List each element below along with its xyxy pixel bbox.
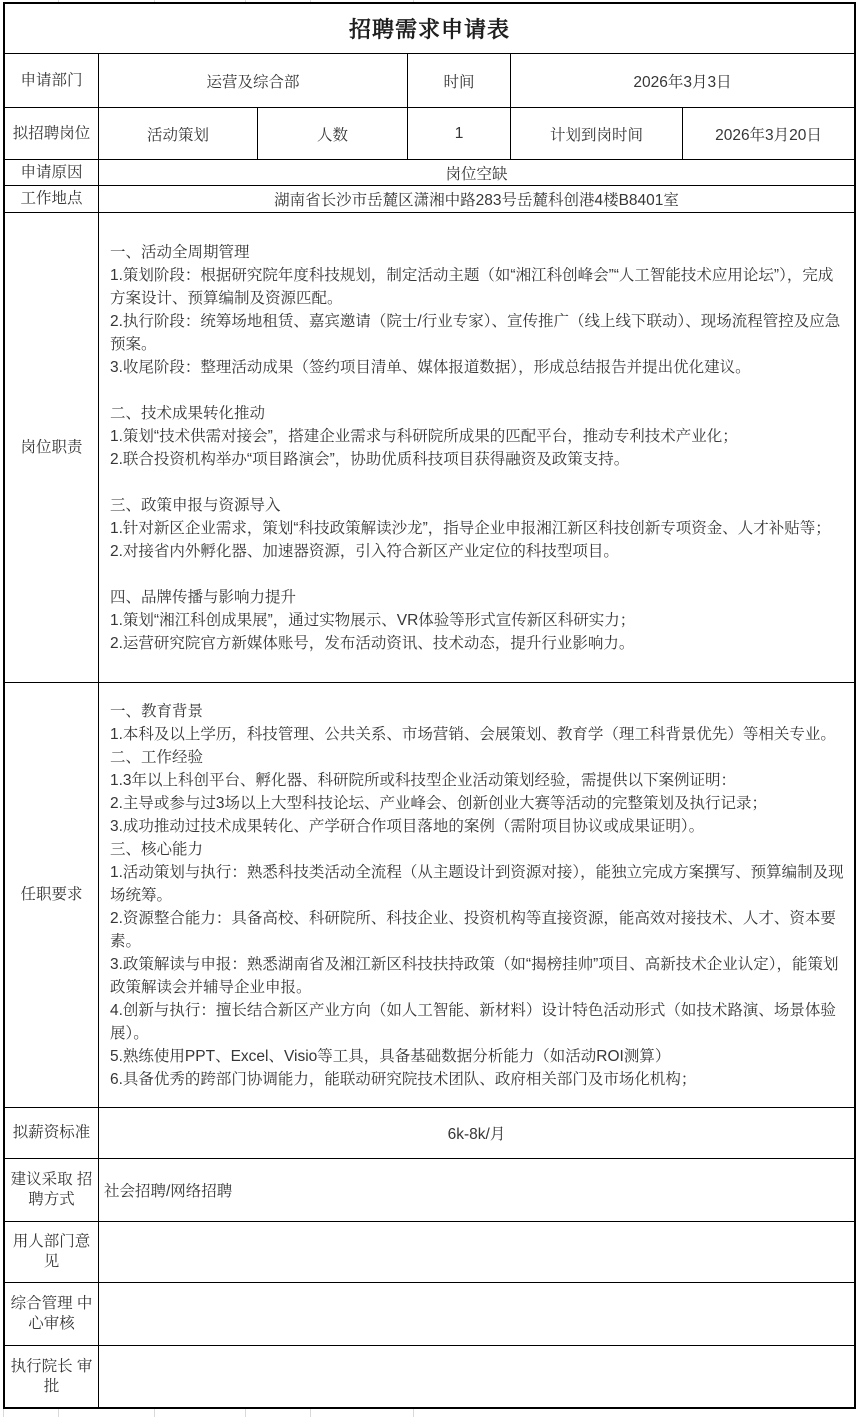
sheet-gridline bbox=[58, 1409, 59, 1417]
location-row: 工作地点 湖南省长沙市岳麓区潇湘中路283号岳麓科创港4楼B8401室 bbox=[5, 185, 854, 212]
salary-label: 拟薪资标准 bbox=[5, 1108, 98, 1158]
location-value: 湖南省长沙市岳麓区潇湘中路283号岳麓科创港4楼B8401室 bbox=[98, 186, 854, 212]
center-review-row: 综合管理 中心审核 bbox=[5, 1282, 854, 1345]
recruitment-request-form: 招聘需求申请表 申请部门 运营及综合部 时间 2026年3月3日 拟招聘岗位 活… bbox=[3, 2, 856, 1409]
apply-department-value: 运营及综合部 bbox=[98, 54, 407, 107]
reason-label: 申请原因 bbox=[5, 160, 98, 185]
salary-value: 6k-8k/月 bbox=[98, 1108, 854, 1158]
duties-content: 一、活动全周期管理 1.策划阶段：根据研究院年度科技规划，制定活动主题（如“湘江… bbox=[104, 237, 854, 659]
apply-department-label: 申请部门 bbox=[5, 54, 98, 107]
requirements-label: 任职要求 bbox=[5, 683, 98, 1107]
requirements-content: 一、教育背景 1.本科及以上学历，科技管理、公共关系、市场营销、会展策划、教育学… bbox=[104, 696, 854, 1095]
headcount-label: 人数 bbox=[257, 108, 407, 159]
reason-row: 申请原因 岗位空缺 bbox=[5, 159, 854, 185]
recruitment-channel-row: 建议采取 招聘方式 社会招聘/网络招聘 bbox=[5, 1158, 854, 1221]
center-review-label: 综合管理 中心审核 bbox=[5, 1283, 98, 1345]
headcount-value: 1 bbox=[407, 108, 510, 159]
duties-label: 岗位职责 bbox=[5, 213, 98, 682]
sheet-gridline bbox=[310, 1409, 311, 1417]
position-label: 拟招聘岗位 bbox=[5, 108, 98, 159]
duties-row: 岗位职责 一、活动全周期管理 1.策划阶段：根据研究院年度科技规划，制定活动主题… bbox=[5, 212, 854, 682]
requirements-content-cell: 一、教育背景 1.本科及以上学历，科技管理、公共关系、市场营销、会展策划、教育学… bbox=[98, 683, 854, 1107]
dept-opinion-row: 用人部门意见 bbox=[5, 1221, 854, 1282]
dept-opinion-value bbox=[98, 1222, 854, 1282]
time-value: 2026年3月3日 bbox=[510, 54, 854, 107]
reason-value: 岗位空缺 bbox=[98, 160, 854, 185]
recruitment-channel-label: 建议采取 招聘方式 bbox=[5, 1159, 98, 1221]
salary-row: 拟薪资标准 6k-8k/月 bbox=[5, 1107, 854, 1158]
form-title: 招聘需求申请表 bbox=[5, 4, 854, 53]
sheet-gridline bbox=[3, 1409, 4, 1417]
president-approval-label: 执行院长 审批 bbox=[5, 1346, 98, 1407]
department-time-row: 申请部门 运营及综合部 时间 2026年3月3日 bbox=[5, 53, 854, 107]
requirements-row: 任职要求 一、教育背景 1.本科及以上学历，科技管理、公共关系、市场营销、会展策… bbox=[5, 682, 854, 1107]
location-label: 工作地点 bbox=[5, 186, 98, 212]
planned-arrival-label: 计划到岗时间 bbox=[510, 108, 682, 159]
time-label: 时间 bbox=[407, 54, 510, 107]
sheet-gridline bbox=[245, 1409, 246, 1417]
planned-arrival-value: 2026年3月20日 bbox=[682, 108, 854, 159]
duties-content-cell: 一、活动全周期管理 1.策划阶段：根据研究院年度科技规划，制定活动主题（如“湘江… bbox=[98, 213, 854, 682]
sheet-gridline bbox=[154, 1409, 155, 1417]
president-approval-row: 执行院长 审批 bbox=[5, 1345, 854, 1407]
position-row: 拟招聘岗位 活动策划 人数 1 计划到岗时间 2026年3月20日 bbox=[5, 107, 854, 159]
recruitment-channel-value: 社会招聘/网络招聘 bbox=[98, 1159, 854, 1221]
center-review-value bbox=[98, 1283, 854, 1345]
title-row: 招聘需求申请表 bbox=[5, 4, 854, 53]
sheet-gridline bbox=[413, 1409, 414, 1417]
position-value: 活动策划 bbox=[98, 108, 257, 159]
dept-opinion-label: 用人部门意见 bbox=[5, 1222, 98, 1282]
president-approval-value bbox=[98, 1346, 854, 1407]
